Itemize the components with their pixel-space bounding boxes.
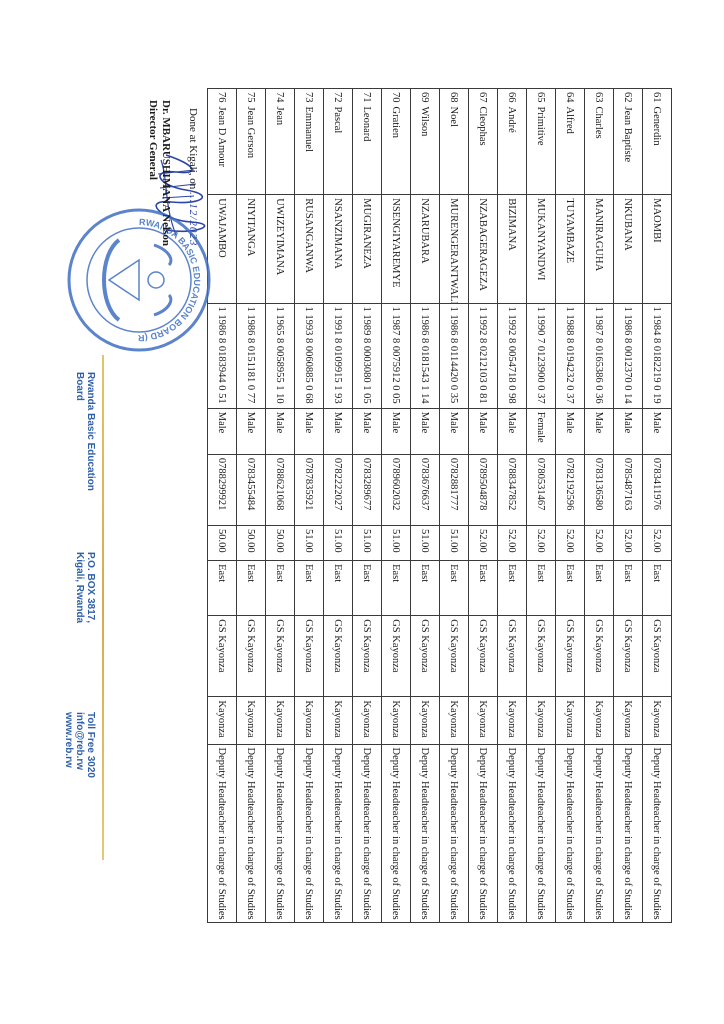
first-name: Primitive	[536, 107, 547, 146]
cell-position: Deputy Headteacher in charge of Studies	[295, 744, 324, 922]
cell-district: Kayonza	[353, 697, 382, 744]
cell-district: Kayonza	[266, 697, 295, 744]
signature-date: ...12/2023	[187, 192, 199, 246]
table-row: 67CleophasNZABAGERAGEZA1 1992 8 0212103 …	[469, 89, 498, 923]
cell-position: Deputy Headteacher in charge of Studies	[440, 744, 469, 922]
cell-phone: 0788347852	[498, 454, 527, 525]
cell-position: Deputy Headteacher in charge of Studies	[585, 744, 614, 922]
cell-phone: 0788299921	[208, 454, 237, 525]
cell-district: Kayonza	[237, 697, 266, 744]
cell-gender: Male	[237, 408, 266, 454]
table-row: 65PrimitiveMUKANYANDWI1 1990 7 0123900 0…	[527, 89, 556, 923]
cell-province: East	[556, 561, 585, 616]
cell-amount: 51.00	[295, 526, 324, 561]
cell-id-number: 1 1986 8 0012370 0 14	[614, 303, 643, 408]
footer-contact: Toll Free 3020 info@reb.rw www.reb.rw	[63, 712, 96, 778]
row-number: 76	[217, 92, 228, 103]
cell-first-name: 69Wilson	[411, 89, 440, 195]
row-number: 74	[275, 92, 286, 103]
cell-district: Kayonza	[614, 697, 643, 744]
table-row: 66AndréBIZIMANA1 1992 8 0054718 0 98Male…	[498, 89, 527, 923]
cell-position: Deputy Headteacher in charge of Studies	[208, 744, 237, 922]
cell-last-name: UWIZEYIMANA	[266, 195, 295, 303]
cell-gender: Male	[469, 408, 498, 454]
cell-first-name: 73Emmanuel	[295, 89, 324, 195]
footer-address-line2: Kigali, Rwanda	[74, 552, 85, 623]
cell-last-name: TUYAMBAZE	[556, 195, 585, 303]
cell-phone: 0787835921	[295, 454, 324, 525]
cell-province: East	[614, 561, 643, 616]
cell-province: East	[585, 561, 614, 616]
cell-district: Kayonza	[382, 697, 411, 744]
table-row: 72PascalNSANZIMANA1 1991 8 0109915 1 93M…	[324, 89, 353, 923]
cell-gender: Male	[208, 408, 237, 454]
cell-last-name: MUGIRANEZA	[353, 195, 382, 303]
cell-first-name: 76Jean D Amour	[208, 89, 237, 195]
cell-school: GS Kayonza	[440, 616, 469, 697]
cell-amount: 51.00	[353, 526, 382, 561]
staff-roster-table: 61GenerdinMAOMBI1 1984 8 0182219 0 19Mal…	[207, 88, 672, 923]
cell-district: Kayonza	[411, 697, 440, 744]
cell-province: East	[527, 561, 556, 616]
cell-id-number: 1 1984 8 0182219 0 19	[643, 303, 672, 408]
cell-id-number: 1 1993 8 0060885 0 68	[295, 303, 324, 408]
cell-phone: 0783289677	[353, 454, 382, 525]
first-name: Alfred	[565, 107, 576, 134]
first-name: Noel	[449, 107, 460, 127]
cell-position: Deputy Headteacher in charge of Studies	[411, 744, 440, 922]
table-row: 61GenerdinMAOMBI1 1984 8 0182219 0 19Mal…	[643, 89, 672, 923]
cell-position: Deputy Headteacher in charge of Studies	[324, 744, 353, 922]
cell-phone: 0785487163	[614, 454, 643, 525]
cell-phone: 0783455484	[237, 454, 266, 525]
footer-org-line2: Board	[74, 372, 85, 491]
cell-school: GS Kayonza	[614, 616, 643, 697]
table-row: 74JeanUWIZEYIMANA1 1965 8 0058955 1 10Ma…	[266, 89, 295, 923]
cell-position: Deputy Headteacher in charge of Studies	[614, 744, 643, 922]
first-name: André	[507, 107, 518, 133]
cell-amount: 52.00	[556, 526, 585, 561]
cell-first-name: 61Generdin	[643, 89, 672, 195]
cell-position: Deputy Headteacher in charge of Studies	[527, 744, 556, 922]
cell-amount: 52.00	[614, 526, 643, 561]
signoff-block: Done at Kigali, on ...12/2023 Dr. MBARUS…	[146, 100, 199, 400]
footer-tollfree: Toll Free 3020	[85, 712, 96, 778]
cell-position: Deputy Headteacher in charge of Studies	[237, 744, 266, 922]
cell-first-name: 67Cleophas	[469, 89, 498, 195]
cell-last-name: NZARUBARA	[411, 195, 440, 303]
cell-id-number: 1 1987 8 0075912 0 05	[382, 303, 411, 408]
done-at-line: Done at Kigali, on ...12/2023	[186, 108, 199, 400]
table-row: 69WilsonNZARUBARA1 1986 8 0181543 1 14Ma…	[411, 89, 440, 923]
cell-last-name: MURENGERANTWALI	[440, 195, 469, 303]
cell-first-name: 64Alfred	[556, 89, 585, 195]
cell-phone: 0788621068	[266, 454, 295, 525]
cell-id-number: 1 1987 8 0165386 0 36	[585, 303, 614, 408]
table-row: 73EmmanuelRUSANGANWA1 1993 8 0060885 0 6…	[295, 89, 324, 923]
cell-gender: Male	[295, 408, 324, 454]
first-name: Generdin	[652, 107, 663, 146]
cell-district: Kayonza	[469, 697, 498, 744]
footer-organization: Rwanda Basic Education Board	[74, 372, 96, 491]
cell-position: Deputy Headteacher in charge of Studies	[556, 744, 585, 922]
cell-gender: Male	[556, 408, 585, 454]
cell-last-name: MUKANYANDWI	[527, 195, 556, 303]
cell-phone: 0789504878	[469, 454, 498, 525]
cell-first-name: 63Charles	[585, 89, 614, 195]
first-name: Wilson	[420, 107, 431, 137]
first-name: Emmanuel	[304, 107, 315, 153]
cell-last-name: NIYITANGA	[237, 195, 266, 303]
cell-district: Kayonza	[295, 697, 324, 744]
cell-gender: Male	[324, 408, 353, 454]
row-number: 70	[391, 92, 402, 103]
cell-amount: 50.00	[266, 526, 295, 561]
row-number: 66	[507, 92, 518, 103]
row-number: 67	[478, 92, 489, 103]
cell-district: Kayonza	[585, 697, 614, 744]
cell-position: Deputy Headteacher in charge of Studies	[469, 744, 498, 922]
cell-id-number: 1 1986 8 0181543 1 14	[411, 303, 440, 408]
cell-school: GS Kayonza	[353, 616, 382, 697]
cell-id-number: 1 1986 8 0151181 0 77	[237, 303, 266, 408]
cell-last-name: RUSANGANWA	[295, 195, 324, 303]
cell-last-name: MANIRAGUHA	[585, 195, 614, 303]
cell-first-name: 65Primitive	[527, 89, 556, 195]
cell-school: GS Kayonza	[324, 616, 353, 697]
cell-first-name: 71Leonard	[353, 89, 382, 195]
cell-province: East	[643, 561, 672, 616]
footer-address-line1: P.O. BOX 3817,	[85, 552, 96, 623]
cell-province: East	[498, 561, 527, 616]
cell-school: GS Kayonza	[266, 616, 295, 697]
cell-amount: 52.00	[643, 526, 672, 561]
cell-position: Deputy Headteacher in charge of Studies	[498, 744, 527, 922]
cell-district: Kayonza	[556, 697, 585, 744]
cell-position: Deputy Headteacher in charge of Studies	[353, 744, 382, 922]
cell-province: East	[440, 561, 469, 616]
cell-phone: 0783411976	[643, 454, 672, 525]
first-name: Jean	[275, 107, 286, 126]
first-name: Gratien	[391, 107, 402, 139]
cell-school: GS Kayonza	[411, 616, 440, 697]
done-at-label: Done at Kigali, on	[187, 108, 199, 189]
table-row: 64AlfredTUYAMBAZE1 1988 8 0194232 0 37Ma…	[556, 89, 585, 923]
cell-gender: Male	[411, 408, 440, 454]
cell-gender: Male	[643, 408, 672, 454]
cell-id-number: 1 1965 8 0058955 1 10	[266, 303, 295, 408]
cell-gender: Male	[266, 408, 295, 454]
cell-district: Kayonza	[498, 697, 527, 744]
cell-amount: 50.00	[208, 526, 237, 561]
cell-school: GS Kayonza	[585, 616, 614, 697]
cell-phone: 0783136580	[585, 454, 614, 525]
table-row: 62Jean BaptisteNKUBANA1 1986 8 0012370 0…	[614, 89, 643, 923]
cell-province: East	[324, 561, 353, 616]
cell-gender: Male	[440, 408, 469, 454]
document-page: 61GenerdinMAOMBI1 1984 8 0182219 0 19Mal…	[0, 0, 724, 1024]
cell-gender: Male	[353, 408, 382, 454]
cell-province: East	[266, 561, 295, 616]
cell-phone: 0789602032	[382, 454, 411, 525]
row-number: 65	[536, 92, 547, 103]
cell-amount: 52.00	[498, 526, 527, 561]
footer-website-link[interactable]: www.reb.rw	[63, 712, 74, 778]
footer-address: P.O. BOX 3817, Kigali, Rwanda	[74, 552, 96, 623]
cell-phone: 0782881777	[440, 454, 469, 525]
first-name: Jean Baptiste	[623, 107, 634, 163]
cell-province: East	[237, 561, 266, 616]
cell-province: East	[469, 561, 498, 616]
cell-first-name: 74Jean	[266, 89, 295, 195]
cell-school: GS Kayonza	[556, 616, 585, 697]
row-number: 73	[304, 92, 315, 103]
cell-district: Kayonza	[527, 697, 556, 744]
cell-id-number: 1 1992 8 0054718 0 98	[498, 303, 527, 408]
cell-district: Kayonza	[643, 697, 672, 744]
first-name: Charles	[594, 107, 605, 139]
cell-province: East	[353, 561, 382, 616]
roster-body: 61GenerdinMAOMBI1 1984 8 0182219 0 19Mal…	[208, 89, 672, 923]
row-number: 68	[449, 92, 460, 103]
cell-school: GS Kayonza	[469, 616, 498, 697]
row-number: 69	[420, 92, 431, 103]
cell-last-name: NKUBANA	[614, 195, 643, 303]
cell-amount: 52.00	[585, 526, 614, 561]
signatory-name: Dr. MBARUSHIMANA Nelson	[159, 100, 172, 400]
row-number: 64	[565, 92, 576, 103]
cell-amount: 51.00	[411, 526, 440, 561]
cell-school: GS Kayonza	[643, 616, 672, 697]
row-number: 72	[333, 92, 344, 103]
table-row: 68NoelMURENGERANTWALI1 1986 8 0114420 0 …	[440, 89, 469, 923]
cell-id-number: 1 1990 7 0123900 0 37	[527, 303, 556, 408]
cell-school: GS Kayonza	[498, 616, 527, 697]
cell-first-name: 70Gratien	[382, 89, 411, 195]
table-row: 75Jean GersonNIYITANGA1 1986 8 0151181 0…	[237, 89, 266, 923]
first-name: Pascal	[333, 107, 344, 134]
table-row: 71LeonardMUGIRANEZA1 1989 8 0003080 1 05…	[353, 89, 382, 923]
cell-phone: 0782222027	[324, 454, 353, 525]
cell-first-name: 66André	[498, 89, 527, 195]
table-row: 63CharlesMANIRAGUHA1 1987 8 0165386 0 36…	[585, 89, 614, 923]
footer-divider	[102, 355, 104, 860]
cell-phone: 0782192596	[556, 454, 585, 525]
cell-school: GS Kayonza	[237, 616, 266, 697]
cell-amount: 51.00	[382, 526, 411, 561]
cell-amount: 51.00	[324, 526, 353, 561]
row-number: 61	[652, 92, 663, 103]
cell-last-name: MAOMBI	[643, 195, 672, 303]
cell-gender: Male	[585, 408, 614, 454]
cell-id-number: 1 1988 8 0194232 0 37	[556, 303, 585, 408]
row-number: 75	[246, 92, 257, 103]
footer-email-link[interactable]: info@reb.rw	[74, 712, 85, 778]
cell-phone: 0783676637	[411, 454, 440, 525]
first-name: Leonard	[362, 107, 373, 142]
cell-first-name: 68Noel	[440, 89, 469, 195]
cell-province: East	[411, 561, 440, 616]
cell-school: GS Kayonza	[382, 616, 411, 697]
first-name: Jean Gerson	[246, 107, 257, 159]
cell-gender: Female	[527, 408, 556, 454]
cell-id-number: 1 1992 8 0212103 0 81	[469, 303, 498, 408]
cell-id-number: 1 1986 8 0114420 0 35	[440, 303, 469, 408]
cell-last-name: NSENGIYAREMYE	[382, 195, 411, 303]
cell-id-number: 1 1991 8 0109915 1 93	[324, 303, 353, 408]
first-name: Cleophas	[478, 107, 489, 146]
signatory-title: Director General	[146, 100, 159, 400]
row-number: 63	[594, 92, 605, 103]
cell-amount: 51.00	[440, 526, 469, 561]
cell-position: Deputy Headteacher in charge of Studies	[266, 744, 295, 922]
cell-first-name: 75Jean Gerson	[237, 89, 266, 195]
cell-amount: 52.00	[527, 526, 556, 561]
cell-school: GS Kayonza	[295, 616, 324, 697]
cell-district: Kayonza	[208, 697, 237, 744]
cell-amount: 52.00	[469, 526, 498, 561]
cell-position: Deputy Headteacher in charge of Studies	[643, 744, 672, 922]
footer-org-line1: Rwanda Basic Education	[85, 372, 96, 491]
cell-first-name: 72Pascal	[324, 89, 353, 195]
cell-position: Deputy Headteacher in charge of Studies	[382, 744, 411, 922]
first-name: Jean D Amour	[217, 107, 228, 168]
cell-district: Kayonza	[324, 697, 353, 744]
cell-province: East	[295, 561, 324, 616]
cell-phone: 0780531467	[527, 454, 556, 525]
cell-last-name: NZABAGERAGEZA	[469, 195, 498, 303]
row-number: 71	[362, 92, 373, 103]
table-row: 70GratienNSENGIYAREMYE1 1987 8 0075912 0…	[382, 89, 411, 923]
cell-first-name: 62Jean Baptiste	[614, 89, 643, 195]
cell-gender: Male	[382, 408, 411, 454]
cell-school: GS Kayonza	[208, 616, 237, 697]
cell-id-number: 1 1989 8 0003080 1 05	[353, 303, 382, 408]
cell-last-name: NSANZIMANA	[324, 195, 353, 303]
cell-school: GS Kayonza	[527, 616, 556, 697]
cell-amount: 50.00	[237, 526, 266, 561]
cell-province: East	[382, 561, 411, 616]
cell-district: Kayonza	[440, 697, 469, 744]
cell-province: East	[208, 561, 237, 616]
cell-gender: Male	[614, 408, 643, 454]
cell-last-name: BIZIMANA	[498, 195, 527, 303]
row-number: 62	[623, 92, 634, 103]
cell-gender: Male	[498, 408, 527, 454]
